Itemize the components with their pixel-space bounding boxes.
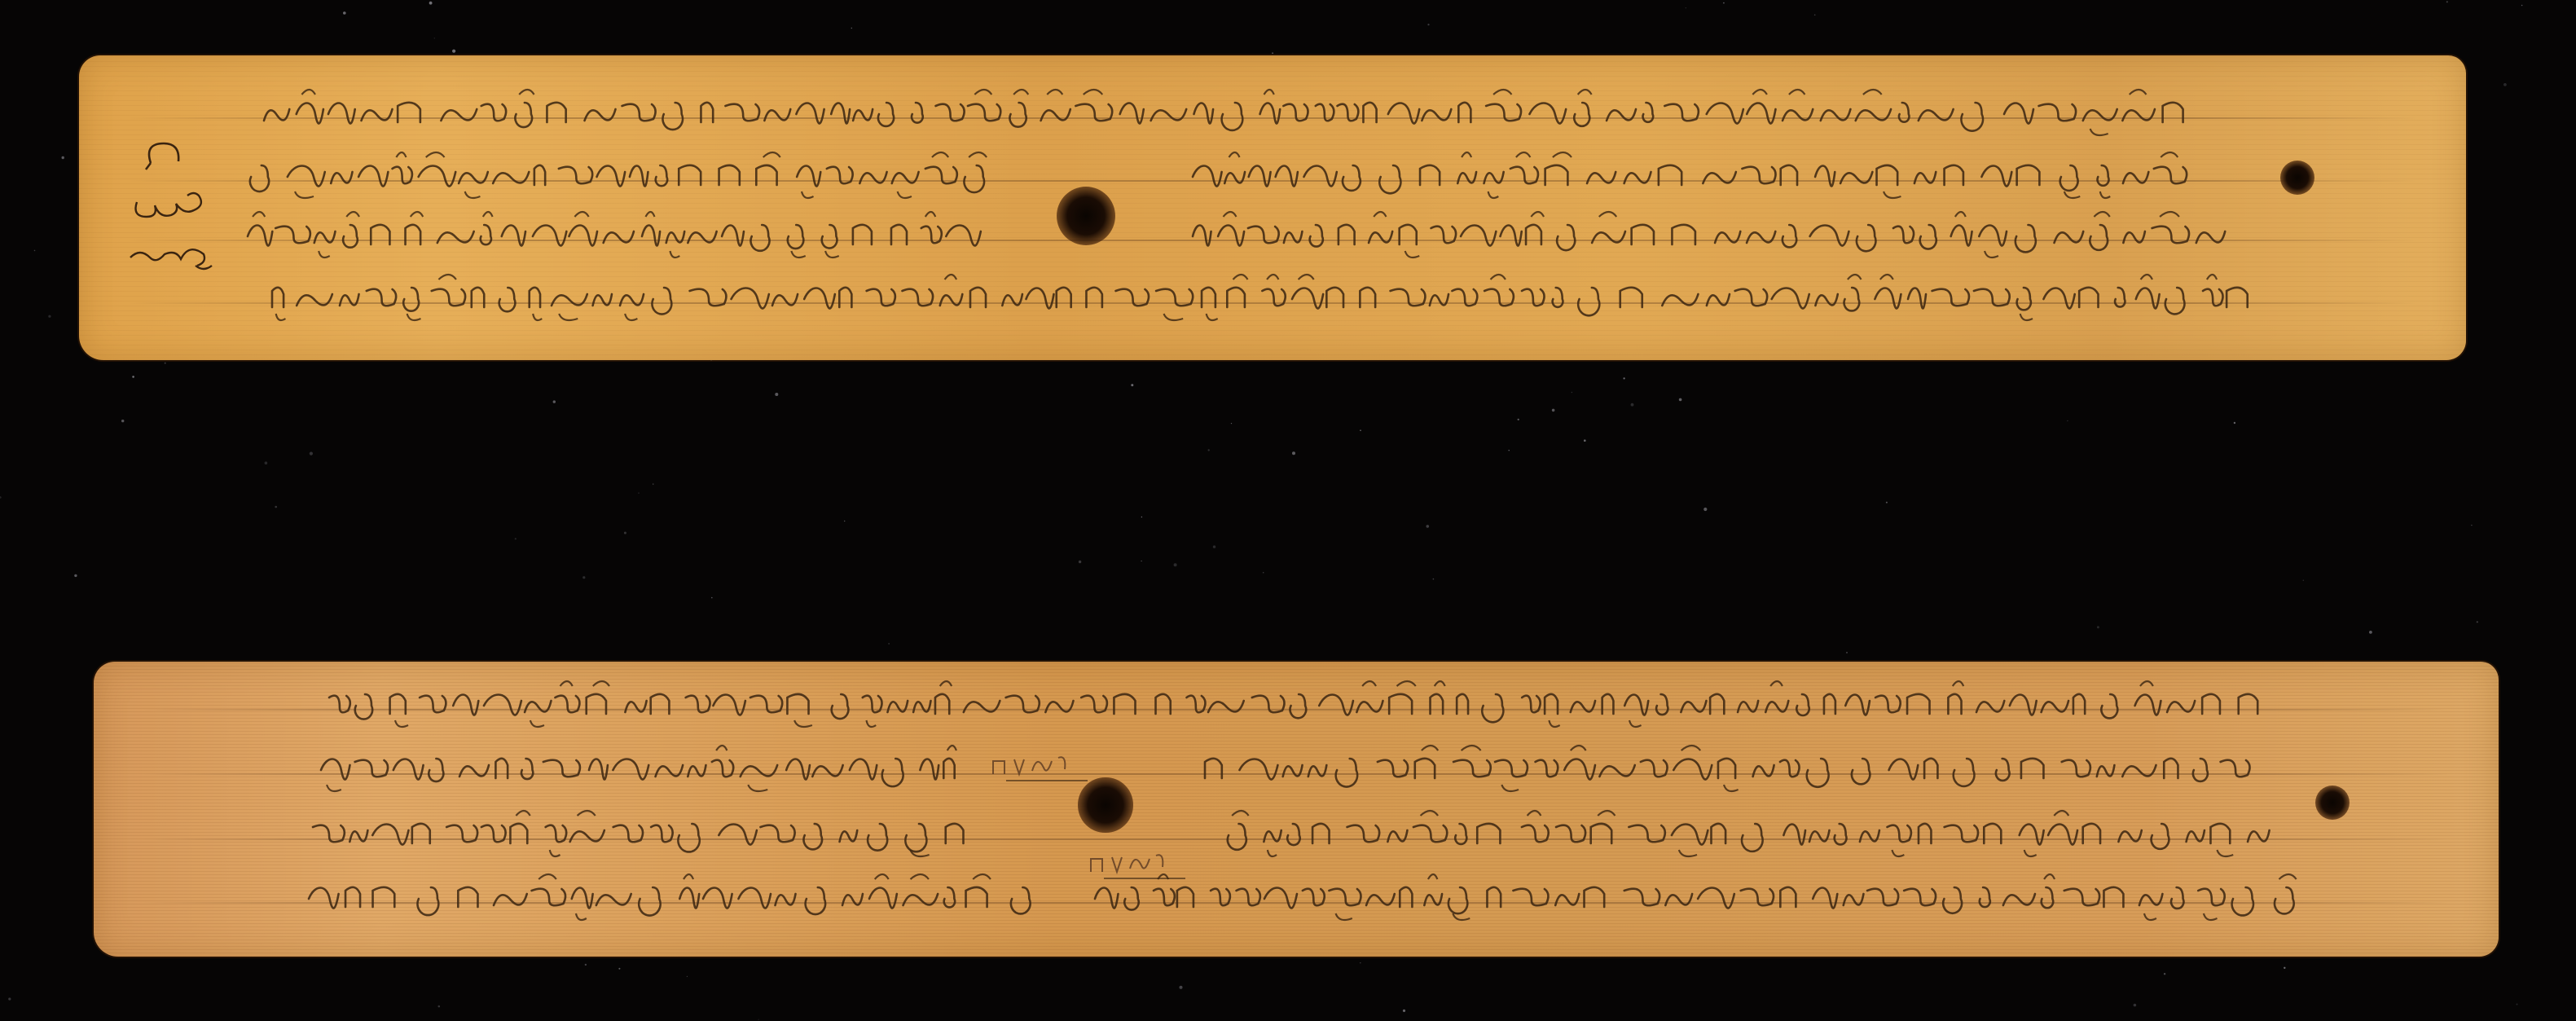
script-line-4: [Balinese script line 4 — illegible tran… — [269, 271, 2254, 328]
binding-hole-icon — [2280, 161, 2314, 195]
pencil-scribble: small pencil scribble below hole — [1088, 839, 1185, 880]
script-line-4: [Balinese script line 4 — illegible tran… — [306, 870, 1035, 927]
script-line-1: [Balinese script line 1 — illegible tran… — [261, 86, 2213, 143]
script-line-3: [Balinese script line 3 — illegible tran… — [1189, 208, 2238, 265]
script-line-2: [Balinese script line 2 — illegible tran… — [318, 742, 974, 799]
pencil-scribble: small pencil scribble above hole — [990, 742, 1088, 782]
binding-hole-icon — [1078, 777, 1132, 832]
folio-number-annotation: Marginal leaf numbering (Balinese numera… — [98, 114, 236, 277]
script-line-3: [Balinese script line 3 — illegible tran… — [310, 807, 994, 864]
script-line-4: [Balinese script line 4 — illegible tran… — [1092, 870, 2297, 927]
script-line-2: [Balinese script line 2 — illegible tran… — [1202, 742, 2265, 799]
script-line-2: [Balinese script line 2 — illegible tran… — [244, 148, 990, 205]
script-line-3: [Balinese script line 3 — illegible tran… — [1222, 807, 2267, 864]
scene-description: Photograph of two palm-leaf (lontar) man… — [0, 0, 1, 1]
script-line-3: [Balinese script line 3 — illegible tran… — [244, 208, 990, 265]
script-line-1: [Balinese script line 1 — illegible tran… — [326, 677, 2270, 734]
binding-hole-icon — [2315, 786, 2350, 820]
script-line-2: [Balinese script line 2 — illegible tran… — [1189, 148, 2186, 205]
